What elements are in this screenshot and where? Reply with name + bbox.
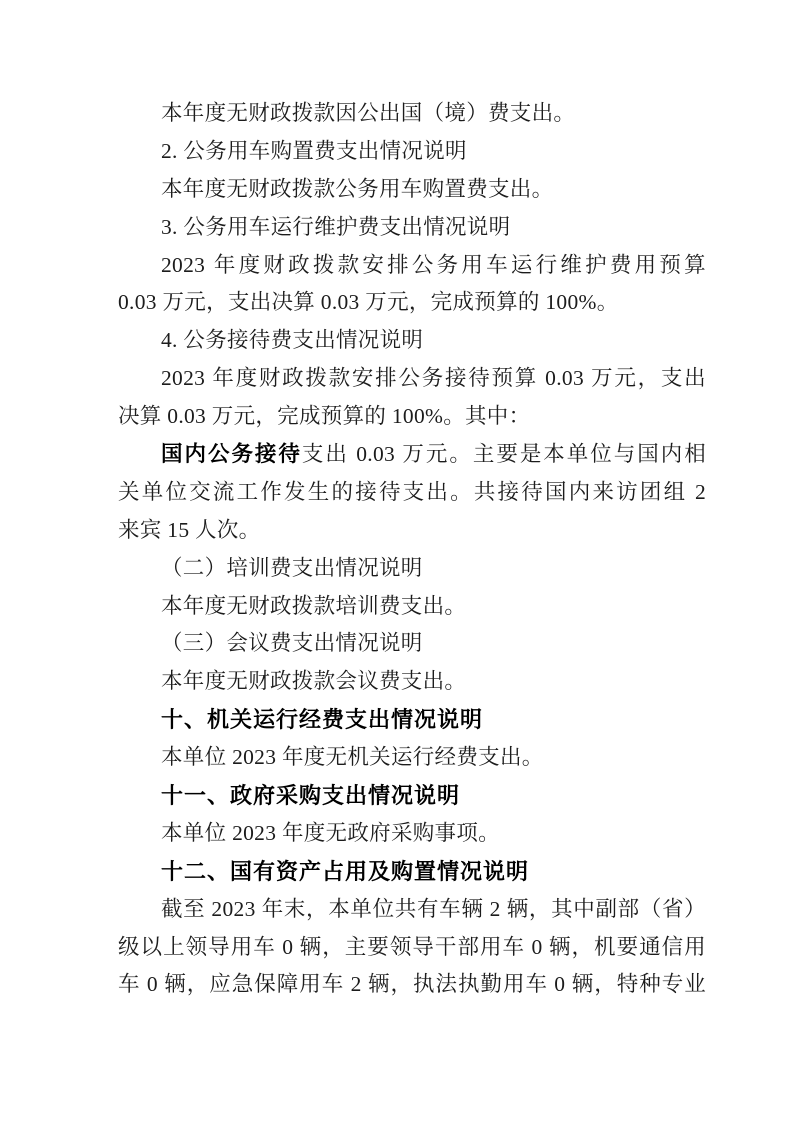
bold-text-run: 国内公务接待 (161, 442, 302, 466)
text-line: 本年度无财政拨款因公出国（境）费支出。 (118, 95, 706, 133)
text-line: 关单位交流工作发生的接待支出。共接待国内来访团组 2 个， (118, 474, 706, 512)
text-line: 国内公务接待支出 0.03 万元。主要是本单位与国内相 (118, 436, 706, 474)
document-body: 本年度无财政拨款因公出国（境）费支出。2. 公务用车购置费支出情况说明本年度无财… (118, 95, 706, 1004)
text-line: 本单位 2023 年度无机关运行经费支出。 (118, 739, 706, 777)
section-heading: 十、机关运行经费支出情况说明 (118, 701, 706, 739)
text-line: 2. 公务用车购置费支出情况说明 (118, 133, 706, 171)
text-line: 本年度无财政拨款公务用车购置费支出。 (118, 171, 706, 209)
section-heading: 十一、政府采购支出情况说明 (118, 777, 706, 815)
text-line: 0.03 万元，支出决算 0.03 万元，完成预算的 100%。 (118, 284, 706, 322)
text-line: 本单位 2023 年度无政府采购事项。 (118, 815, 706, 853)
text-line: （二）培训费支出情况说明 (118, 550, 706, 588)
text-line: 本年度无财政拨款培训费支出。 (118, 588, 706, 626)
text-line: 2023 年度财政拨款安排公务用车运行维护费用预算 (118, 247, 706, 285)
text-run: 支出 0.03 万元。主要是本单位与国内相 (302, 442, 706, 466)
text-line: 决算 0.03 万元，完成预算的 100%。其中： (118, 398, 706, 436)
text-line: 4. 公务接待费支出情况说明 (118, 322, 706, 360)
text-line: 本年度无财政拨款会议费支出。 (118, 663, 706, 701)
text-line: 3. 公务用车运行维护费支出情况说明 (118, 209, 706, 247)
text-line: 级以上领导用车 0 辆，主要领导干部用车 0 辆，机要通信用 (118, 929, 706, 967)
text-line: （三）会议费支出情况说明 (118, 625, 706, 663)
text-line: 来宾 15 人次。 (118, 512, 706, 550)
text-line: 2023 年度财政拨款安排公务接待预算 0.03 万元，支出 (118, 360, 706, 398)
section-heading: 十二、国有资产占用及购置情况说明 (118, 853, 706, 891)
text-line: 截至 2023 年末，本单位共有车辆 2 辆，其中副部（省） (118, 891, 706, 929)
document-page: 本年度无财政拨款因公出国（境）费支出。2. 公务用车购置费支出情况说明本年度无财… (0, 0, 793, 1122)
text-line: 车 0 辆，应急保障用车 2 辆，执法执勤用车 0 辆，特种专业 (118, 966, 706, 1004)
